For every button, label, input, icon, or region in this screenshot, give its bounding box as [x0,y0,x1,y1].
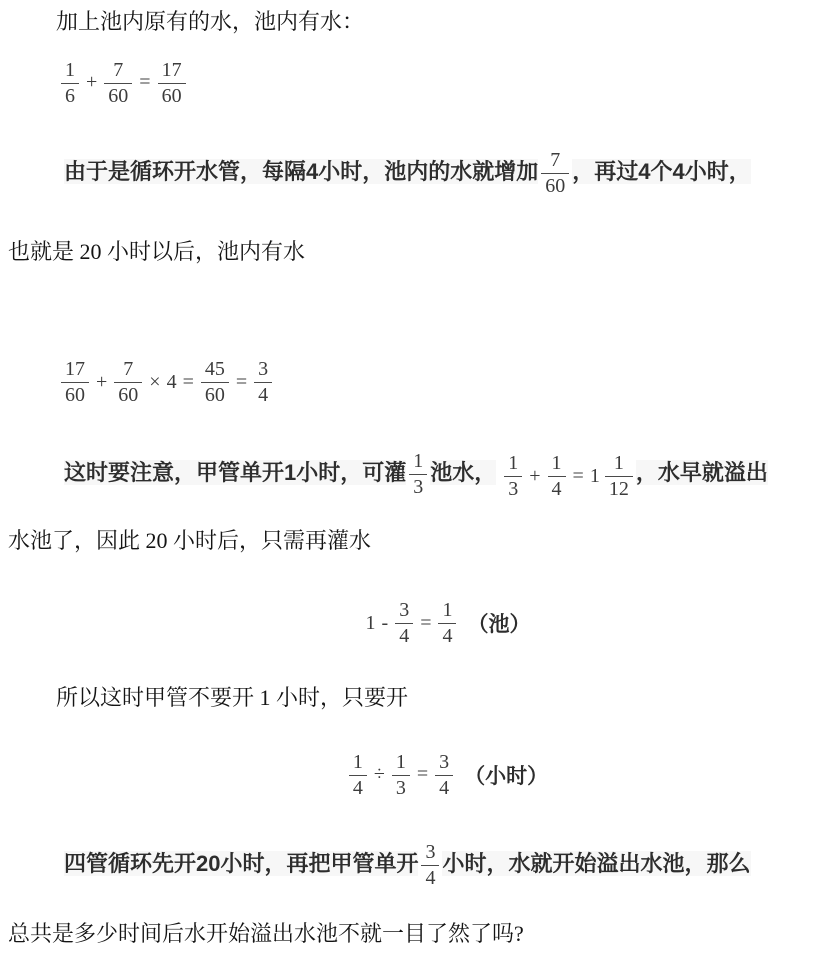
paragraph-cycle-cont-text: 也就是 20 小时以后，池内有水 [8,239,305,264]
equals-operator: = [183,371,194,394]
numerator: 1 [548,452,566,477]
fraction: 760 [104,59,132,107]
plus-operator: + [96,371,107,394]
paragraph-note-text-b: 池水， [430,460,496,485]
paragraph-final-cont: 总共是多少时间后水开始溢出水池不就一目了然了吗? [0,919,836,949]
denominator: 4 [421,866,439,889]
numerator: 7 [104,59,132,84]
equals-operator: = [139,71,150,94]
denominator: 3 [409,475,427,498]
numerator: 1 [504,452,522,477]
denominator: 6 [61,84,79,107]
paragraph-final-text-a: 四管循环先开20小时，再把甲管单开 [64,851,418,876]
numerator: 3 [435,751,453,776]
formula-initial-water: 16+760=1760 [0,59,836,107]
denominator: 4 [548,477,566,500]
paragraph-note-text-a: 这时要注意，甲管单开1小时，可灌 [64,460,406,485]
fraction: 112 [605,452,633,500]
number: 1 [366,612,376,635]
fraction: 13 [409,450,427,498]
whole-number: 1 [590,464,600,488]
paragraph-note: 这时要注意，甲管单开1小时，可灌13池水， 13+14=1112，水早就溢出 [0,450,836,499]
fraction: 760 [541,149,569,197]
paragraph-note-cont: 水池了，因此 20 小时后，只需再灌水 [0,526,836,556]
paragraph-note-cont-text: 水池了，因此 20 小时后，只需再灌水 [8,528,371,553]
numerator: 7 [114,358,142,383]
fraction: 13 [392,751,410,799]
equals-operator: = [573,464,584,488]
fraction: 1760 [158,59,186,107]
unit-label: （小时） [464,760,548,790]
number: 4 [167,371,177,394]
paragraph-cycle-text-b: ，再过4个4小时， [572,159,750,184]
fraction: 34 [435,751,453,799]
plus-operator: + [529,464,540,488]
denominator: 4 [254,383,272,406]
formula-time-needed: 14÷13=34（小时） [0,751,836,799]
formula-after-20-hours: 1760+760×4=4560=34 [0,358,836,406]
numerator: 1 [349,751,367,776]
fraction: 4560 [201,358,229,406]
denominator: 60 [201,383,229,406]
numerator: 17 [158,59,186,84]
numerator: 45 [201,358,229,383]
inline-equation: 13+14=1112 [496,463,636,485]
paragraph-cycle-cont: 也就是 20 小时以后，池内有水 [0,237,836,267]
denominator: 60 [104,84,132,107]
paragraph-intro-text: 加上池内原有的水，池内有水： [56,9,364,34]
paragraph-final-text-b: 小时，水就开始溢出水池，那么 [442,851,750,876]
denominator: 4 [435,776,453,799]
denominator: 4 [395,624,413,647]
fraction: 14 [438,599,456,647]
numerator: 17 [61,358,89,383]
document-page: 加上池内原有的水，池内有水： 16+760=1760 由于是循环开水管，每隔4小… [0,0,836,962]
numerator: 1 [392,751,410,776]
denominator: 12 [605,477,633,500]
fraction: 34 [421,841,439,889]
denominator: 3 [504,477,522,500]
numerator: 1 [61,59,79,84]
denominator: 4 [438,624,456,647]
paragraph-final: 四管循环先开20小时，再把甲管单开34小时，水就开始溢出水池，那么 [0,841,836,889]
paragraph-conclusion-open: 所以这时甲管不要开 1 小时，只要开 [0,683,836,713]
numerator: 7 [541,149,569,174]
denominator: 60 [541,174,569,197]
fraction: 34 [395,599,413,647]
equals-operator: = [236,371,247,394]
paragraph-intro: 加上池内原有的水，池内有水： [0,0,836,37]
plus-operator: + [86,71,97,94]
paragraph-cycle: 由于是循环开水管，每隔4小时，池内的水就增加760，再过4个4小时， [0,149,836,197]
denominator: 60 [114,383,142,406]
minus-operator: - [382,612,389,635]
fraction: 13 [504,452,522,500]
denominator: 3 [392,776,410,799]
denominator: 4 [349,776,367,799]
fraction: 760 [114,358,142,406]
numerator: 3 [421,841,439,866]
fraction: 34 [254,358,272,406]
multiply-operator: × [149,371,160,394]
paragraph-note-text-c: ，水早就溢出 [636,460,768,485]
fraction: 14 [548,452,566,500]
formula-remaining-water: 1-34=14（池） [0,599,836,647]
numerator: 3 [254,358,272,383]
divide-operator: ÷ [374,763,385,786]
fraction: 14 [349,751,367,799]
equals-operator: = [420,612,431,635]
numerator: 1 [409,450,427,475]
denominator: 60 [61,383,89,406]
unit-label: （池） [467,608,530,638]
equals-operator: = [417,763,428,786]
paragraph-final-cont-text: 总共是多少时间后水开始溢出水池不就一目了然了吗? [8,921,524,946]
fraction: 1760 [61,358,89,406]
paragraph-conclusion-open-text: 所以这时甲管不要开 1 小时，只要开 [56,685,408,710]
denominator: 60 [158,84,186,107]
fraction: 16 [61,59,79,107]
numerator: 1 [605,452,633,477]
numerator: 1 [438,599,456,624]
numerator: 3 [395,599,413,624]
paragraph-cycle-text-a: 由于是循环开水管，每隔4小时，池内的水就增加 [64,159,538,184]
